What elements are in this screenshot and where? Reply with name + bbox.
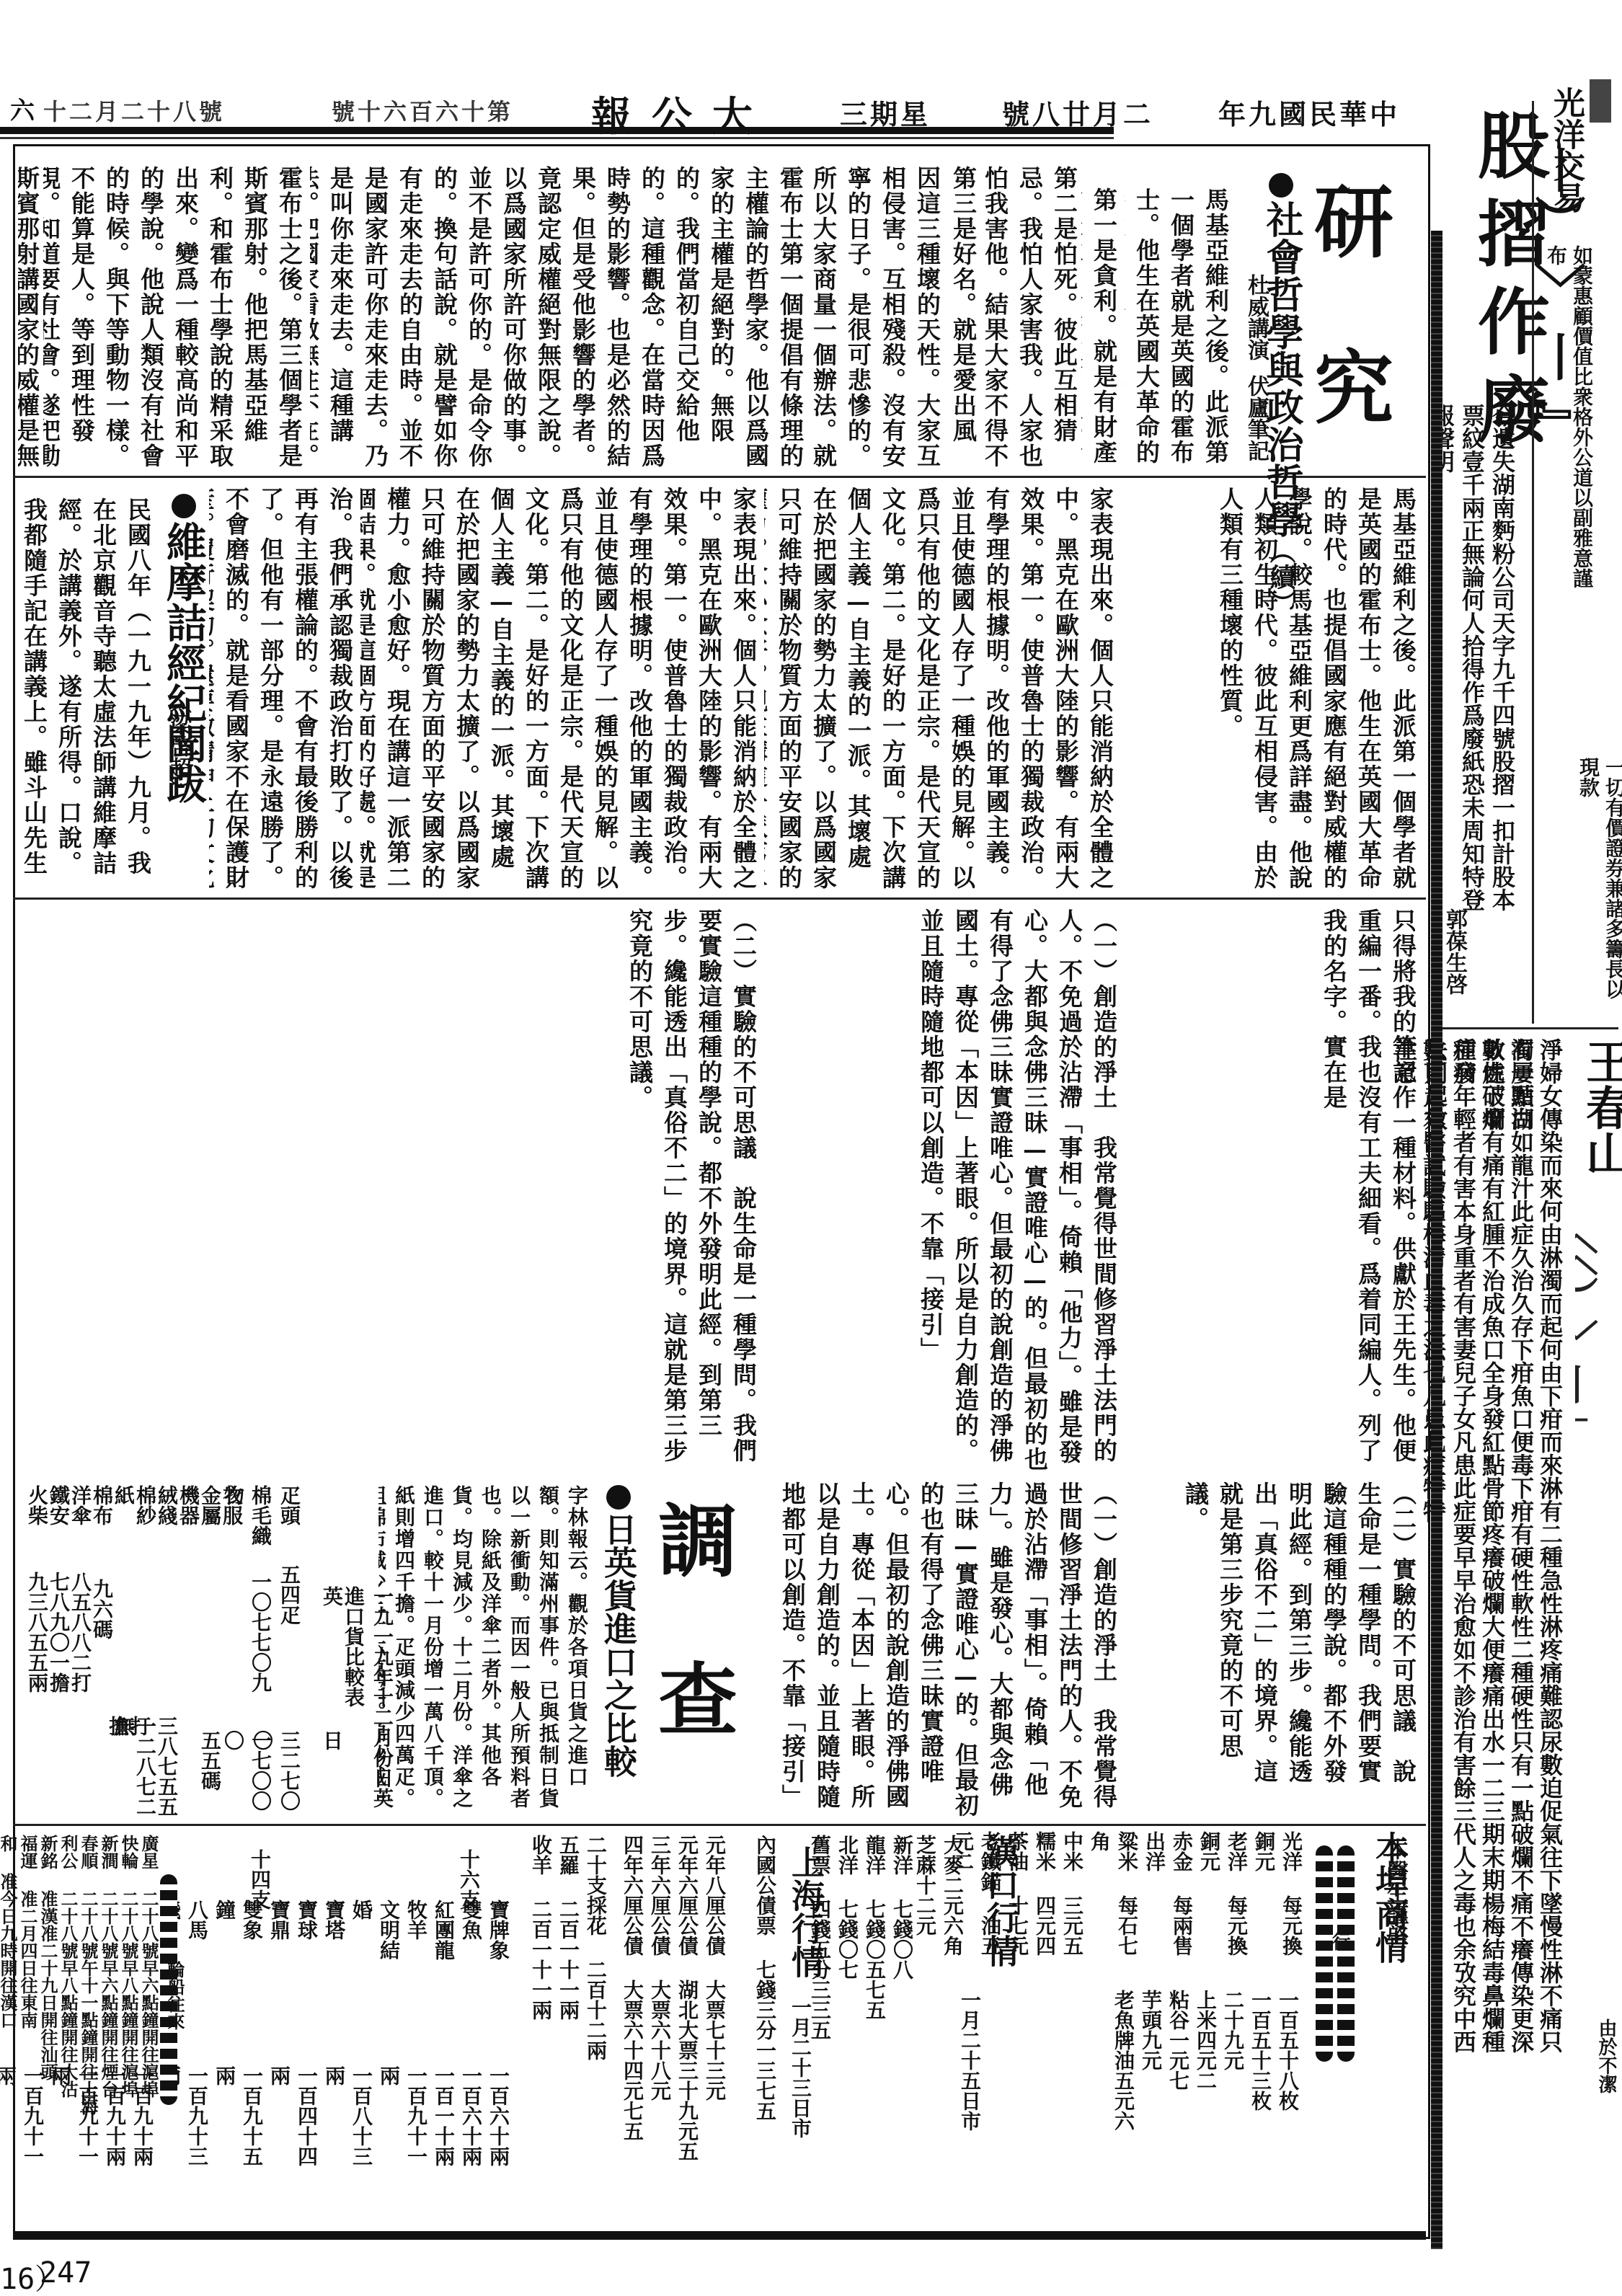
cotton-yarn-list: 二十支採花 二百十二兩 五羅 二百一十一兩 收羊 二百一十一兩 bbox=[515, 1835, 609, 2181]
market-item: 糯米 四元四 bbox=[1031, 1831, 1058, 1975]
market-item: 龍洋 七錢〇五七五 bbox=[861, 1835, 888, 2137]
side-note: 由於不潔 bbox=[1593, 2018, 1620, 2093]
investigation-article-title: 日英貨進口之比較 bbox=[595, 1485, 642, 1778]
bond-item: 四年六厘公債 大票六十四元七五 bbox=[619, 1835, 646, 2181]
doctor-text-col-3: 數處破爛有痛有紅腫不治成魚口全身發紅點骨節疼癢破爛大便癢痛出水一二三期末期楊梅結… bbox=[1478, 1038, 1507, 2062]
speaker: 杜威講演 bbox=[1240, 274, 1272, 360]
volume-info: 第十六百六十號 bbox=[332, 94, 513, 127]
ship-item: 和 准今日九時開往漢口 bbox=[0, 1835, 17, 2209]
research-para-2: 第一是貪利。就是有財產的天性。什麼東西。都希望變爲我的。我的東西。越比別人的多越… bbox=[1081, 187, 1121, 469]
market-item: 內國公債票 七錢三分一三七五 bbox=[751, 1835, 779, 2137]
research-para-1: 馬基亞維利之後。此派第一個學者就是英國的霍布士。他生在英國大革命的時代。也提倡國… bbox=[1125, 187, 1233, 469]
masthead-rule-thin bbox=[0, 137, 1114, 139]
table-row: 火柴 bbox=[23, 1485, 50, 1525]
weekday: 星期三 bbox=[840, 92, 931, 132]
yarn-prices: 一百六十兩 一百六十兩 一百一十兩 一百九十一兩 一百八十三兩 一百四十四兩 一… bbox=[173, 2065, 512, 2173]
yarn-item: 收羊 二百一十一兩 bbox=[527, 1835, 554, 2181]
hankou-list: 大麥二元六角 芝蔴十二元 bbox=[923, 1835, 966, 2036]
issue-info: 號八十二月二十 bbox=[43, 94, 225, 127]
market-item: 大麥二元六角 bbox=[939, 1835, 966, 2036]
stock-notice-signer: 郭葆生啓 bbox=[1438, 908, 1470, 995]
securities-text: 一切有價證券兼諸多籌長以 現款 bbox=[1575, 757, 1622, 1016]
page-mark: 六 bbox=[10, 91, 37, 126]
tianjin-list-1: 光洋 每元換銅元 老洋 每元換銅元 赤金 每兩售出洋 粱米 每石七角 中米 三元… bbox=[1139, 1831, 1305, 1975]
market-item: 上米四元二 bbox=[1192, 1990, 1219, 2134]
table-header-jp: 日 bbox=[317, 1730, 346, 1750]
row-divider-1 bbox=[13, 476, 1426, 478]
research-para-4: 第三是好名。就是愛出風頭。我總要想在人家之上。結果也大家爭起來了。 bbox=[944, 166, 980, 469]
doctor-calligraphy: ︿〈︶﹀〡﹂ bbox=[1575, 1211, 1604, 2026]
bullet-icon bbox=[172, 494, 196, 518]
market-item: 赤金 每兩售出洋 bbox=[1140, 1831, 1195, 1975]
vimalakirti-cont: 只得將我的筆記作一種材料。供獻於王先生。他便重編一番。我也沒有工夫細看。爲着同編… bbox=[1125, 908, 1420, 1478]
masthead-rule bbox=[0, 127, 1114, 134]
bonds-list: 內國公債票 七錢三分一三七五 bbox=[735, 1835, 779, 2137]
pure-land-text: （一）創造的淨土 我常覺得世間修習淨土法門的人。不免過於沾滯「事相」。倚賴「他力… bbox=[764, 908, 1121, 1478]
tianjin-list-2: 一百五十八枚 一百五十三枚 二十九元 上米四元二 粘谷一元七 芋頭九元 老魚牌油… bbox=[1121, 1990, 1301, 2134]
market-item: 老洋 每元換銅元 bbox=[1195, 1831, 1250, 1975]
doctor-text-col-2: 濁屢頭湖如龍汁此症久治久存下疳魚口便毒下疳有硬性軟性二種硬性只有一點破爛不痛不癢… bbox=[1507, 1038, 1535, 2062]
corner-ornament-icon bbox=[1590, 79, 1611, 123]
newspaper-name: 大公報 bbox=[591, 85, 773, 143]
market-item: 芋頭九元 bbox=[1137, 1990, 1164, 2134]
ship-item: 利公 二十八號早八點鐘開往大沽 bbox=[58, 1835, 78, 2209]
ornament-vine-icon bbox=[1316, 1845, 1333, 2062]
research-para-7: 霍布士之後。第三個學者是斯賓那射。他把馬基亞維利。和霍布士學說的精采取出來。變爲… bbox=[43, 166, 306, 469]
row-divider-2 bbox=[13, 897, 1426, 900]
market-item: 粘谷一元七 bbox=[1164, 1990, 1192, 2134]
comparison-table-title: 一九一九年十二月份日英進口貨比較表 bbox=[339, 1586, 396, 1824]
stock-notice-text: 今遺失湖南麪粉公司天字九千四號股摺一扣計股本票紋壹千兩正無論何人拾得作爲廢紙恐未… bbox=[1453, 404, 1517, 923]
individualism-text-2: 家表現出來。個人只能消納於全體之中。黑克在歐洲大陸的影響。有兩大效果。第一。使普… bbox=[360, 487, 761, 890]
doctor-name: 王春山 bbox=[1572, 1038, 1622, 1176]
tianjin-market-title: 本埠商情 bbox=[1366, 1831, 1414, 1964]
yarn-item: 五羅 二百一十一兩 bbox=[554, 1835, 582, 2181]
lower-right-text: （二）實驗的不可思議 說生命是一種學問。我們要實驗這種種的學說。都不外發明此經。… bbox=[1125, 1481, 1420, 1784]
date-month: 二月廿八號 bbox=[1002, 92, 1153, 132]
ship-item: 廣星 二十八號早六點鐘開往滬埠 bbox=[138, 1835, 159, 2209]
table-header-uk: 英 bbox=[317, 1586, 346, 1606]
market-item: 二十九元 bbox=[1219, 1990, 1246, 2134]
market-item: 舊票 四錢五分三三五 bbox=[806, 1835, 833, 2137]
investigation-intro: 字林報云。觀於各項日貨之進口額。則知滿州事件。已與抵制日貨以一新衝動。而因一般人… bbox=[378, 1485, 591, 1824]
shipping-title: 輪船往來 bbox=[164, 1961, 185, 2030]
ship-item: 春順 二十八號午十一點鐘開往上海 bbox=[78, 1835, 98, 2209]
research-para-8: 斯賓那射講國家的威權是無限的。人民只有服從。自然不能說什麼反叛。什麼革命。這是 bbox=[18, 166, 43, 469]
column-divider-thick bbox=[1431, 231, 1442, 2249]
research-para-3: 第二是怕死。彼此互相猜忌。我怕人家害我。人家也怕我害他。結果大家不得不互相防備。 bbox=[980, 166, 1081, 469]
ship-item: 新澗 二十八號早六點鐘開往煙台 bbox=[98, 1835, 118, 2209]
table-cell: 一七〇〇〇 bbox=[219, 1730, 274, 1820]
date-gregorian: 中華民國九年 bbox=[1218, 92, 1400, 132]
bond-item: 元年八厘公債 大票七十三元 bbox=[701, 1835, 728, 2181]
table-cell: 五五碼 bbox=[196, 1730, 223, 1791]
bond-years-list: 元年八厘公債 大票七十三元 元年六厘公債 湖北大票三十九元五 三年六厘公債 大票… bbox=[613, 1835, 728, 2181]
lower-mid-text: （一）創造的淨土 我常覺得世間修習淨土法門的人。不免過於沾滯「事相」。倚賴「他力… bbox=[757, 1481, 1121, 1820]
table-cell: 一〇七七〇九 bbox=[247, 1572, 274, 1693]
bond-item: 元年六厘公債 湖北大票三十九元五 bbox=[673, 1835, 701, 2181]
research-para-5: 因這三種壞的天性。大家互相侵害。互相殘殺。沒有安寧的日子。是很可悲慘的。所以大家… bbox=[811, 166, 944, 469]
market-item: 新洋 七錢〇八 bbox=[888, 1835, 916, 2137]
bottom-rule bbox=[13, 2231, 1426, 2240]
market-item: 一百五十三枚 bbox=[1246, 1990, 1274, 2134]
vimalakirti-author: （梁啓超） bbox=[162, 692, 194, 800]
recorder: 伏廬筆記 bbox=[1240, 375, 1272, 461]
hang-label: 行 bbox=[1326, 1932, 1353, 1951]
shipping-list: 廣星 二十八號早六點鐘開往滬埠 快輪 二十八號早八點鐘開往滬埠 新澗 二十八號早… bbox=[18, 1835, 159, 2209]
yarn-brands: 寶牌象 雙魚 紅團龍 牧羊 文明結婚 寶塔 寶球 寶鼎 雙象 鐘 八馬 飛月 bbox=[173, 1900, 512, 1972]
shanghai-list: 新洋 七錢〇八 龍洋 七錢〇五七五 北洋 七錢〇七 舊票 四錢五分三三五 bbox=[807, 1835, 916, 2137]
ship-item: 快輪 二十八號早八點鐘開往滬埠 bbox=[118, 1835, 138, 2209]
page-number: 247 bbox=[40, 2256, 92, 2290]
article-continuation-right: 馬基亞維利之後。此派第一個學者就是英國的霍布士。他生在英國大革命的時代。也提倡國… bbox=[1125, 487, 1420, 890]
market-item: 一百五十八枚 bbox=[1274, 1990, 1301, 2134]
ship-item: 新銘 准漢准二十九日開往汕頭 bbox=[37, 1835, 58, 2209]
vimalakirti-text: 民國八年（一九一九年）九月。我在北京觀音寺聽太虛法師講維摩詰經。於講義外。遂有所… bbox=[18, 497, 155, 887]
doctor-text-col-4: 症發年輕者有害本身重者有害妻兒子女凡患此症要早早治愈如不診治有害餘三代人之毒也余… bbox=[1449, 1038, 1478, 2062]
table-body: 疋頭 棉毛織物 衣服 金屬 機器 絨綫 棉紗 紙 棉布 洋傘 鐵安 火柴 五四疋… bbox=[14, 1485, 303, 1820]
second-point-text: （二）實驗的不可思議 說生命是一種學問。我們要實驗這種種的學說。都不外發明此經。… bbox=[18, 908, 761, 1478]
section-title-investigation: 調查 bbox=[634, 1499, 748, 1817]
ad-separator bbox=[1431, 1027, 1618, 1029]
bullet-icon bbox=[606, 1485, 631, 1510]
market-item: 北洋 七錢〇七 bbox=[833, 1835, 861, 2137]
table-cell: 無 bbox=[110, 1716, 137, 1736]
ornament-vine-icon bbox=[1337, 1845, 1355, 2062]
yarn-item: 二十支採花 二百十二兩 bbox=[582, 1835, 609, 2181]
bullet-icon bbox=[1269, 173, 1293, 198]
continued-text: 治。我們承認獨裁政治打敗了。以後再有主張權論的。不會有最後勝利的了。但他有一部分… bbox=[209, 487, 357, 890]
market-item: 粱米 每石七角 bbox=[1086, 1831, 1140, 1975]
market-item: 老魚牌油五元六 bbox=[1109, 1990, 1137, 2134]
market-item: 光洋 每元換銅元 bbox=[1250, 1831, 1305, 1975]
table-row: 疋頭 bbox=[275, 1485, 303, 1543]
yarn-grades-table: 十六支 十四支 寶牌象 雙魚 紅團龍 牧羊 文明結婚 寶塔 寶球 寶鼎 雙象 鐘… bbox=[173, 1835, 512, 2195]
bond-item: 三年六厘公債 大票六十八元 bbox=[646, 1835, 673, 2181]
hankou-market-title: 漢口行情 bbox=[977, 1835, 1024, 1967]
research-para-6: 霍布士第一個提倡有條理的主權論的哲學家。他以爲國家的主權是絕對的。無限的。我們當… bbox=[310, 166, 807, 469]
individualism-text: 家表現出來。個人只能消納於全體之中。黑克在歐洲大陸的影響。有兩大效果。第一。使普… bbox=[764, 487, 1117, 890]
row-divider-3 bbox=[13, 1824, 1426, 1826]
doctor-text-col-1: 淨婦女傳染而來何由淋濁而起何由下疳而來淋有二種急性淋疼痛難認尿數迫促氣往下墜慢性… bbox=[1535, 1038, 1564, 2062]
ship-item: 福運 准二月四日往東南 bbox=[17, 1835, 37, 2209]
table-cell: 五四疋 bbox=[275, 1564, 303, 1625]
market-item: 中米 三元五 bbox=[1058, 1831, 1086, 1975]
table-cell: 九三八五五兩 bbox=[23, 1572, 50, 1693]
